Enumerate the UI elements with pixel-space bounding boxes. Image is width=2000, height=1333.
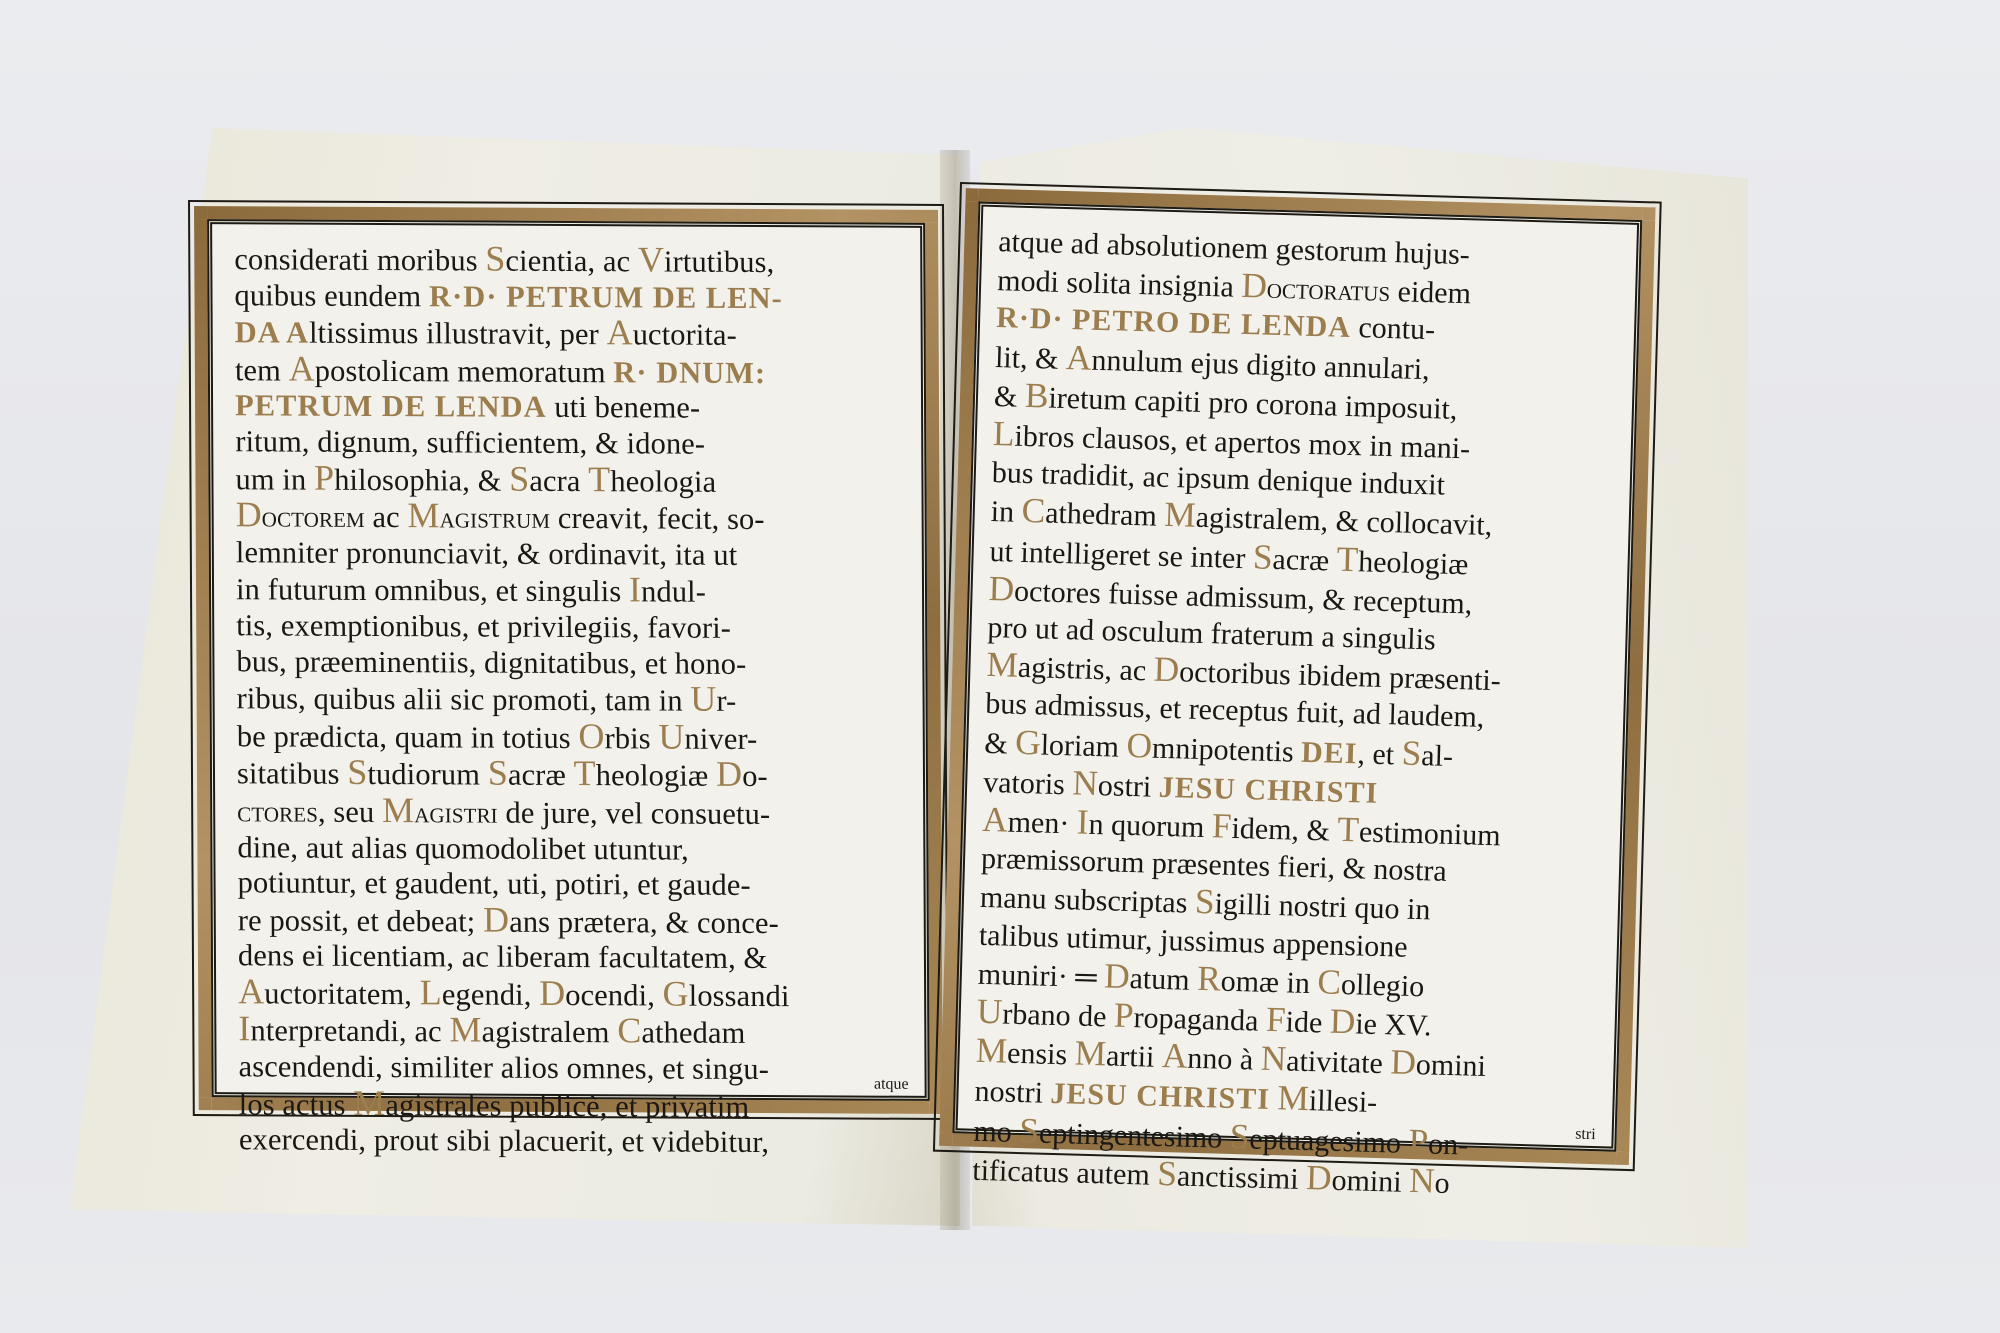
right-page-border: atque ad absolutionem gestorum hujus-mod… xyxy=(933,182,1662,1171)
gilded-initial: N xyxy=(1260,1038,1287,1079)
text-segment: ut intelligeret se inter xyxy=(989,535,1253,575)
text-segment: cientia, ac xyxy=(505,244,638,279)
gilded-initial: D xyxy=(1241,265,1268,306)
text-segment: lit, & xyxy=(995,341,1067,376)
gilded-initial: S xyxy=(1194,881,1215,922)
text-segment: irtutibus, xyxy=(664,244,774,279)
gilded-initial: G xyxy=(1015,721,1042,762)
text-segment: ascendendi, similiter alios omnes, et si… xyxy=(238,1049,769,1086)
text-segment: acra xyxy=(529,463,588,497)
text-segment: uctorita- xyxy=(633,318,737,353)
gilded-initial: U xyxy=(658,716,684,756)
gilded-initial: U xyxy=(690,679,716,719)
text-line: PETRUM DE LENDA uti beneme- xyxy=(235,389,907,428)
text-line: lemniter pronunciavit, & ordinavit, ita … xyxy=(236,535,908,574)
text-segment: modi solita insignia xyxy=(997,264,1242,304)
gilded-initial: I xyxy=(238,1009,250,1049)
right-page-text-area: atque ad absolutionem gestorum hujus-mod… xyxy=(956,205,1640,1149)
text-segment: on- xyxy=(1428,1127,1469,1161)
gilded-initial: D xyxy=(1153,649,1180,690)
text-segment: ritum, dignum, sufficientem, & idone- xyxy=(235,424,705,460)
gilded-initial: M xyxy=(1277,1078,1310,1119)
text-segment: ans prætera, & conce- xyxy=(509,904,779,939)
gilded-initial: O xyxy=(578,716,604,756)
gilded-initial: C xyxy=(1317,961,1342,1002)
gilded-initial: N xyxy=(1072,762,1099,803)
gilded-initial: A xyxy=(606,312,632,352)
text-segment: athedam xyxy=(641,1016,745,1051)
text-line: be prædicta, quam in totius Orbis Univer… xyxy=(237,717,909,758)
text-segment: uctoritatem, xyxy=(264,976,420,1011)
small-caps-word: octorem xyxy=(262,500,365,535)
gilded-initial: S xyxy=(1229,1116,1250,1157)
gilded-name: JESU CHRISTI xyxy=(1158,771,1378,810)
text-segment: muniri· ═ xyxy=(977,958,1104,995)
gilded-initial: V xyxy=(638,239,664,279)
text-segment: ribus, quibus alii sic promoti, tam in xyxy=(237,681,691,717)
gilded-initial: D xyxy=(1104,955,1131,996)
text-segment: dine, aut alias quomodolibet utuntur, xyxy=(237,830,689,866)
text-segment: idem, & xyxy=(1231,812,1338,848)
gilded-initial: D xyxy=(483,899,509,939)
text-segment: ostri xyxy=(1097,769,1159,804)
text-segment: ide xyxy=(1285,1005,1330,1039)
catchword: stri xyxy=(1575,1126,1596,1145)
text-line: um in Philosophia, & Sacra Theologia xyxy=(235,460,907,501)
text-line: ribus, quibus alii sic promoti, tam in U… xyxy=(237,679,909,720)
text-segment: dens ei licentiam, ac liberam facultatem… xyxy=(238,939,768,976)
text-segment: eptingentesimo xyxy=(1039,1116,1231,1154)
left-page-border: considerati moribus Scientia, ac Virtuti… xyxy=(188,200,949,1120)
gilded-initial: U xyxy=(976,991,1003,1032)
gilded-initial: D xyxy=(236,494,262,534)
catchword: atque xyxy=(874,1076,909,1094)
gilded-initial: F xyxy=(1211,805,1232,846)
gilded-initial: S xyxy=(509,458,529,498)
text-line: sitatibus Studiorum Sacræ Theologiæ Do- xyxy=(237,755,909,796)
gilded-initial: T xyxy=(588,459,610,499)
gilded-initial: M xyxy=(1164,494,1197,535)
text-segment: loriam xyxy=(1040,728,1127,763)
text-segment: heologia xyxy=(610,464,716,499)
gilded-initial: D xyxy=(1306,1157,1333,1198)
text-segment: atum xyxy=(1129,962,1197,997)
small-caps-word: agistri xyxy=(414,795,498,829)
text-segment: mnipotentis xyxy=(1152,731,1302,768)
text-segment: agistrales publicè, et privatim xyxy=(385,1088,749,1124)
text-line: potiuntur, et gaudent, uti, potiri, et g… xyxy=(237,865,909,904)
text-line: ritum, dignum, sufficientem, & idone- xyxy=(235,424,907,463)
text-segment: uti beneme- xyxy=(547,390,701,425)
text-segment: heologiæ xyxy=(1358,545,1469,581)
gilded-initial: S xyxy=(1252,536,1273,577)
text-segment: nostri xyxy=(974,1075,1051,1110)
text-segment: illesi- xyxy=(1308,1085,1377,1120)
left-page-text: considerati moribus Scientia, ac Virtuti… xyxy=(234,240,911,1161)
gilded-initial: D xyxy=(1390,1042,1417,1083)
gilded-initial: S xyxy=(488,753,508,793)
text-line: los actus Magistrales publicè, et privat… xyxy=(239,1085,911,1126)
gilded-initial: A xyxy=(982,799,1009,840)
gilded-name: JESU CHRISTI xyxy=(1050,1077,1270,1116)
text-segment: re possit, et debeat; xyxy=(238,903,483,938)
gilded-initial: A xyxy=(289,348,315,388)
text-segment: men· xyxy=(1007,806,1077,841)
text-segment: acræ xyxy=(508,758,574,792)
gilded-initial: I xyxy=(629,570,641,610)
text-segment: r- xyxy=(716,684,736,718)
text-segment: agistralem, & collocavit, xyxy=(1195,501,1492,542)
gilded-initial: P xyxy=(1408,1121,1429,1162)
text-segment: lemniter pronunciavit, & ordinavit, ita … xyxy=(236,535,738,572)
text-segment: agistris, ac xyxy=(1017,651,1154,688)
text-segment: ropaganda xyxy=(1133,1001,1266,1038)
gilded-initial: S xyxy=(347,752,367,792)
text-segment: tificatus autem xyxy=(972,1154,1158,1192)
text-segment: heologiæ xyxy=(596,758,717,793)
text-segment: o xyxy=(1434,1167,1450,1200)
text-segment: n quorum xyxy=(1088,808,1212,844)
gilded-initial: T xyxy=(1336,538,1359,579)
text-line: re possit, et debeat; Dans prætera, & co… xyxy=(238,901,910,942)
gilded-initial: A xyxy=(1065,337,1092,378)
text-line: dine, aut alias quomodolibet utuntur, xyxy=(237,830,909,869)
text-segment: los actus xyxy=(239,1087,354,1122)
gilded-name: DA A xyxy=(235,315,310,349)
small-caps-word: ctores xyxy=(237,794,318,828)
text-line: Auctoritatem, Legendi, Docendi, Glossand… xyxy=(238,974,910,1015)
text-segment: , et xyxy=(1357,737,1402,771)
text-line: DA Altissimus illustravit, per Auctorita… xyxy=(235,313,907,354)
text-segment: ativitate xyxy=(1286,1045,1391,1081)
gold-band: atque ad absolutionem gestorum hujus-mod… xyxy=(939,188,1655,1165)
text-segment: anctissimi xyxy=(1176,1159,1306,1196)
gilded-initial: M xyxy=(407,495,439,535)
gilded-initial: T xyxy=(573,753,595,793)
text-segment: vatoris xyxy=(983,766,1073,801)
text-segment: eidem xyxy=(1390,275,1472,310)
text-segment: exercendi, prout sibi placuerit, et vide… xyxy=(239,1123,769,1160)
gilded-initial: M xyxy=(1074,1033,1107,1074)
gilded-initial: F xyxy=(1266,999,1287,1040)
gilded-initial: C xyxy=(1021,490,1046,531)
gilded-initial: M xyxy=(449,1010,481,1050)
gilded-name: R· DNUM: xyxy=(613,355,766,390)
text-line: tis, exemptionibus, et privilegiis, favo… xyxy=(236,608,908,647)
gilded-initial: L xyxy=(420,972,442,1012)
gilded-initial: M xyxy=(986,644,1019,685)
gilded-initial: S xyxy=(485,239,505,279)
gilded-initial: M xyxy=(353,1083,385,1123)
text-line: considerati moribus Scientia, ac Virtuti… xyxy=(234,240,906,281)
text-segment: & xyxy=(984,727,1016,761)
gilded-initial: P xyxy=(314,457,334,497)
text-segment: agistralem xyxy=(481,1015,617,1050)
text-segment: bus, præeminentiis, dignitatibus, et hon… xyxy=(236,644,746,681)
text-line: ascendendi, similiter alios omnes, et si… xyxy=(238,1049,910,1088)
text-line: Doctorem ac Magistrum creavit, fecit, so… xyxy=(236,497,908,538)
left-page-text-area: considerati moribus Scientia, ac Virtuti… xyxy=(210,222,927,1098)
text-segment: al- xyxy=(1421,739,1454,773)
gilded-name: DEI xyxy=(1301,735,1358,770)
text-segment: hilosophia, & xyxy=(334,462,509,497)
text-line: exercendi, prout sibi placuerit, et vide… xyxy=(239,1123,911,1162)
manuscript-photo: considerati moribus Scientia, ac Virtuti… xyxy=(0,0,2000,1333)
text-segment: nterpretandi, ac xyxy=(250,1014,449,1049)
gilded-initial: B xyxy=(1024,375,1049,416)
text-segment: contu- xyxy=(1350,311,1435,346)
small-caps-word: agistrum xyxy=(440,500,551,535)
gilded-initial: A xyxy=(1161,1035,1188,1076)
text-segment: rbano de xyxy=(1002,998,1115,1034)
text-segment: omini xyxy=(1331,1164,1409,1199)
text-segment: niver- xyxy=(684,721,757,755)
text-segment: de jure, vel consuetu- xyxy=(498,796,771,831)
text-line: ctores, seu Magistri de jure, vel consue… xyxy=(237,792,909,833)
text-line: dens ei licentiam, ac liberam facultatem… xyxy=(238,939,910,978)
text-segment: quibus eundem xyxy=(234,278,429,313)
text-segment: athedram xyxy=(1045,497,1165,533)
text-segment: o- xyxy=(742,759,768,793)
gilded-initial: M xyxy=(975,1030,1008,1071)
small-caps-word: octoratus xyxy=(1266,272,1390,308)
gilded-initial: T xyxy=(1337,809,1360,850)
text-segment: estimonium xyxy=(1359,815,1502,852)
text-segment: eptuagesimo xyxy=(1249,1122,1409,1159)
text-segment: potiuntur, et gaudent, uti, potiri, et g… xyxy=(237,865,750,902)
text-segment: lossandi xyxy=(689,979,790,1014)
text-segment: um in xyxy=(235,462,314,496)
text-segment: considerati moribus xyxy=(234,242,485,277)
gilded-initial: M xyxy=(382,790,414,830)
text-segment: creavit, fecit, so- xyxy=(550,501,765,536)
text-segment: manu subscriptas xyxy=(980,881,1196,920)
gilded-initial: R xyxy=(1197,958,1222,999)
text-segment: ac xyxy=(365,500,408,534)
gilded-initial: N xyxy=(1409,1160,1436,1201)
text-segment: acræ xyxy=(1272,543,1337,578)
gilded-initial: D xyxy=(988,568,1015,609)
gilded-initial: G xyxy=(662,973,688,1013)
text-segment: in futurum omnibus, et singulis xyxy=(236,573,629,609)
text-segment: ndul- xyxy=(641,575,706,609)
gilded-initial: A xyxy=(238,971,264,1011)
text-line: Interpretandi, ac Magistralem Cathedam xyxy=(238,1012,910,1053)
text-segment: nno à xyxy=(1187,1042,1261,1077)
text-segment: sitatibus xyxy=(237,757,347,792)
text-segment: tudiorum xyxy=(367,757,488,792)
gilded-initial: S xyxy=(1157,1153,1178,1194)
text-segment: ocendi, xyxy=(565,978,663,1013)
text-line: tem Apostolicam memoratum R· DNUM: xyxy=(235,351,907,392)
text-segment: ollegio xyxy=(1341,968,1425,1003)
text-segment: rbis xyxy=(604,721,658,755)
right-page-text: atque ad absolutionem gestorum hujus-mod… xyxy=(972,223,1623,1206)
text-segment: ltissimus illustravit, per xyxy=(309,316,607,352)
text-segment: ensis xyxy=(1007,1037,1075,1072)
text-segment: & xyxy=(994,380,1026,414)
text-segment: igilli nostri quo in xyxy=(1214,888,1431,927)
text-segment: artii xyxy=(1106,1040,1163,1075)
gilded-initial: D xyxy=(1329,1001,1356,1042)
text-segment: postolicam memoratum xyxy=(315,353,614,389)
text-segment: tis, exemptionibus, et privilegiis, favo… xyxy=(236,608,731,645)
text-segment: mo xyxy=(973,1114,1020,1148)
gilded-initial: C xyxy=(617,1011,641,1051)
text-line: bus, præeminentiis, dignitatibus, et hon… xyxy=(236,644,908,683)
gilded-initial: O xyxy=(1126,725,1153,766)
text-segment: tem xyxy=(235,353,289,387)
gilded-initial: S xyxy=(1401,732,1422,773)
gilded-initial: D xyxy=(539,973,565,1013)
gold-band: considerati moribus Scientia, ac Virtuti… xyxy=(194,206,943,1114)
gilded-initial: P xyxy=(1113,995,1134,1036)
text-segment: egendi, xyxy=(442,977,540,1012)
text-line: quibus eundem R·D· PETRUM DE LEN- xyxy=(234,278,906,317)
text-segment: ie XV. xyxy=(1355,1007,1432,1042)
gilded-initial: S xyxy=(1019,1110,1040,1151)
text-segment: , seu xyxy=(318,795,382,829)
gilded-initial: D xyxy=(716,754,742,794)
text-segment: omini xyxy=(1415,1048,1486,1083)
text-segment: omæ in xyxy=(1220,964,1318,1000)
text-segment: be prædicta, quam in totius xyxy=(237,719,579,755)
gilded-initial: L xyxy=(992,413,1015,454)
text-line: in futurum omnibus, et singulis Indul- xyxy=(236,571,908,612)
gilded-name: PETRUM DE LENDA xyxy=(235,389,547,425)
text-segment: in xyxy=(990,495,1022,529)
gilded-name: R·D· PETRUM DE LEN- xyxy=(429,279,783,315)
